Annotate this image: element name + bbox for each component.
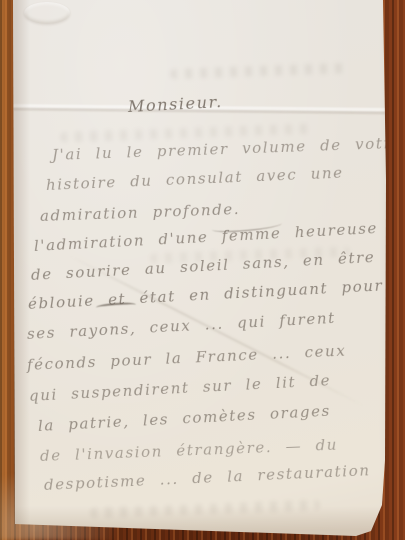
handwriting-line: la patrie, les comètes orages	[38, 402, 332, 435]
handwriting-line: éblouie et état en distinguant pour	[28, 276, 384, 313]
handwriting-line: qui suspendirent sur le lit de	[29, 371, 332, 405]
handwriting-line: histoire du consulat avec une	[46, 164, 344, 194]
handwriting-line: despotisme ... de la restauration	[44, 461, 371, 494]
letter-paper: Monsieur. J'ai lu le premier volume de v…	[0, 0, 405, 540]
ink-bleedthrough	[170, 63, 350, 79]
handwriting-line: de l'invasion étrangère. — du	[40, 436, 339, 465]
ink-bleedthrough	[90, 500, 320, 518]
handwriting-line: féconds pour la France ... ceux	[27, 342, 347, 374]
handwriting-line: admiration profonde.	[40, 200, 241, 225]
embossed-seal	[24, 2, 70, 24]
